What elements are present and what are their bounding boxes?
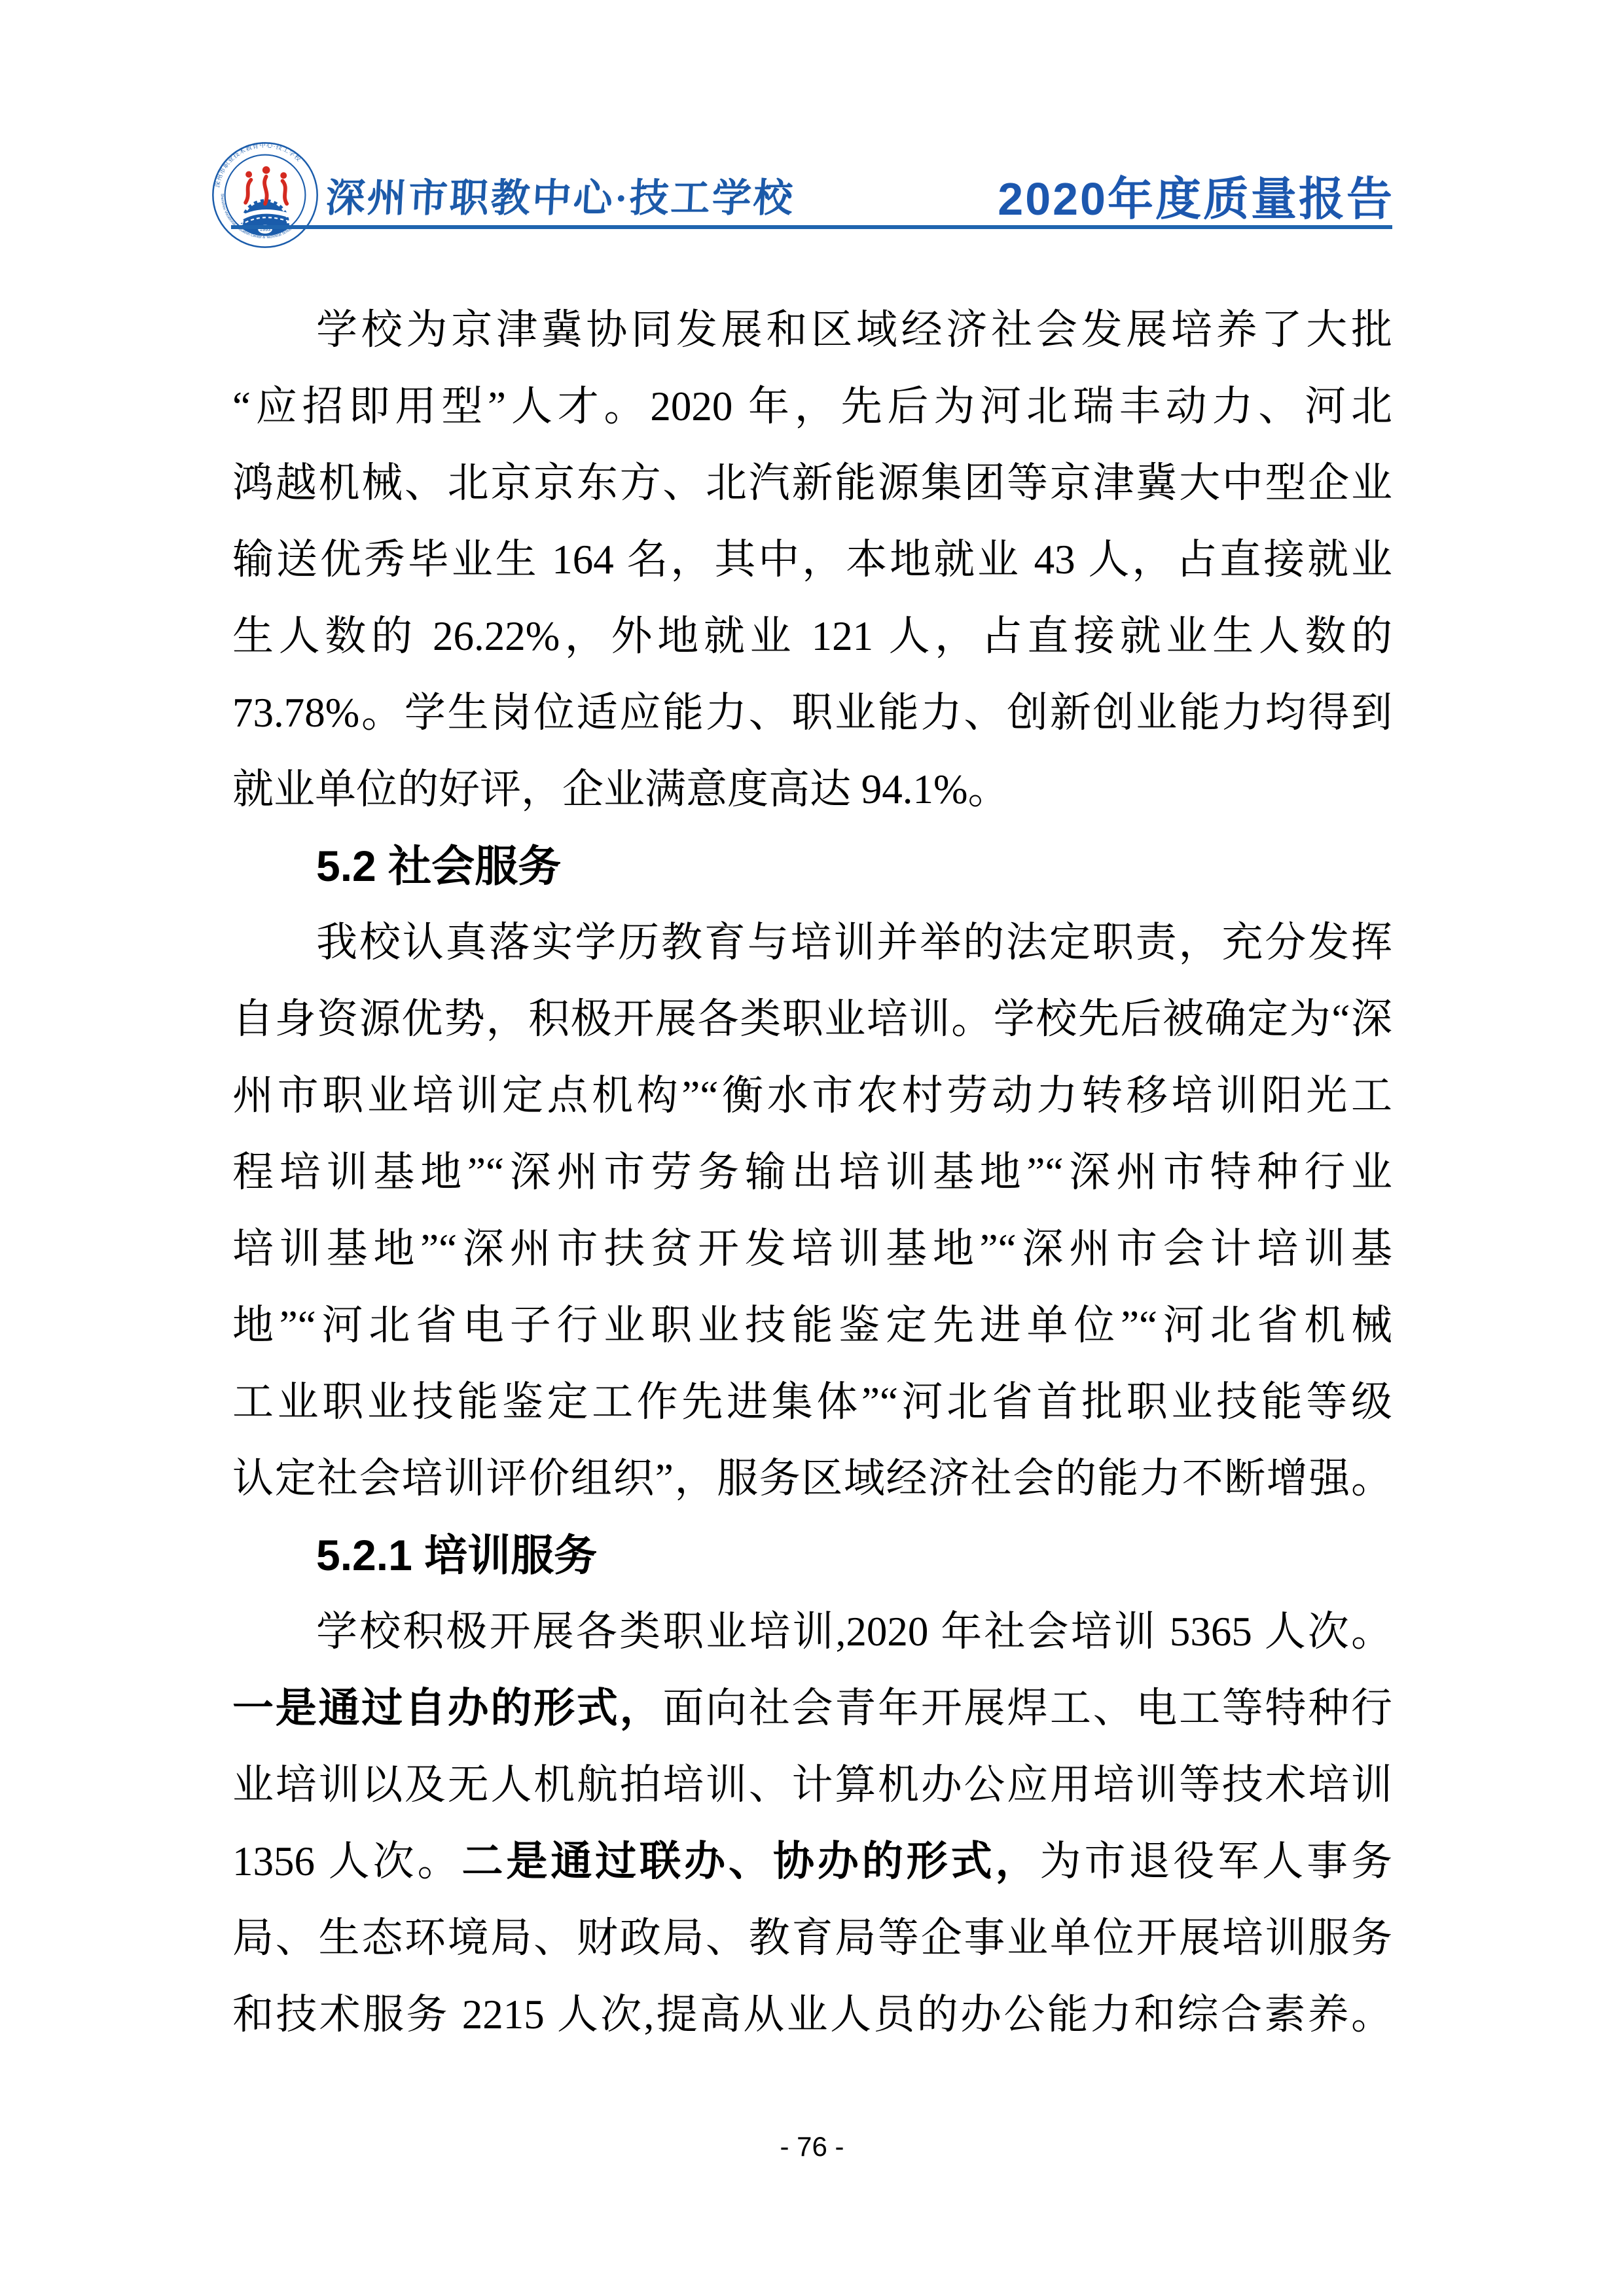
bold-text-run: 一是通过自办的形式，: [232, 1685, 662, 1731]
body-line: 输送优秀毕业生 164 名，其中，本地就业 43 人，占直接就业: [232, 522, 1392, 598]
text-run: 我校认真落实学历教育与培训并举的法定职责，充分发挥: [316, 920, 1392, 965]
body-line: 州市职业培训定点机构”“衡水市农村劳动力转移培训阳光工: [232, 1058, 1392, 1134]
document-body: 学校为京津冀协同发展和区域经济社会发展培养了大批“应招即用型”人才。2020 年…: [232, 292, 1392, 2053]
body-line: 自身资源优势，积极开展各类职业培训。学校先后被确定为“深: [232, 981, 1392, 1058]
text-run: 局、生态环境局、财政局、教育局等企事业单位开展培训服务: [232, 1915, 1392, 1961]
body-line: 学校积极开展各类职业培训,2020 年社会培训 5365 人次。: [232, 1594, 1392, 1670]
document-page: 深州市职业技术教育中心·技工学校 Shenzhou Vocational Edu…: [0, 0, 1624, 2296]
text-run: 鸿越机械、北京京东方、北汽新能源集团等京津冀大中型企业: [232, 460, 1392, 506]
body-line: 生人数的 26.22%，外地就业 121 人，占直接就业生人数的: [232, 598, 1392, 675]
bold-text-run: 二是通过联办、协办的形式，: [461, 1839, 1039, 1884]
body-line: 认定社会培训评价组织”，服务区域经济社会的能力不断增强。: [232, 1441, 1392, 1517]
body-line: 就业单位的好评，企业满意度高达 94.1%。: [232, 751, 1392, 828]
body-line: “应招即用型”人才。2020 年，先后为河北瑞丰动力、河北: [232, 368, 1392, 445]
text-run: 1356 人次。: [232, 1839, 461, 1884]
text-run: 面向社会青年开展焊工、电工等特种行: [662, 1685, 1392, 1731]
body-line: 和技术服务 2215 人次,提高从业人员的办公能力和综合素养。: [232, 1977, 1392, 2053]
text-run: 州市职业培训定点机构”“衡水市农村劳动力转移培训阳光工: [232, 1073, 1392, 1119]
text-run: 认定社会培训评价组织”，服务区域经济社会的能力不断增强。: [232, 1456, 1392, 1501]
text-run: “应招即用型”人才。2020 年，先后为河北瑞丰动力、河北: [232, 384, 1392, 429]
text-run: 培训基地”“深州市扶贫开发培训基地”“深州市会计培训基: [232, 1226, 1392, 1272]
body-line: 局、生态环境局、财政局、教育局等企事业单位开展培训服务: [232, 1900, 1392, 1977]
bold-text-run: 5.2.1 培训服务: [316, 1531, 597, 1579]
section-heading: 5.2 社会服务: [232, 828, 1392, 905]
text-run: 学校为京津冀协同发展和区域经济社会发展培养了大批: [316, 307, 1392, 353]
header-rule: [231, 225, 1392, 229]
body-line: 一是通过自办的形式，面向社会青年开展焊工、电工等特种行: [232, 1670, 1392, 1747]
text-run: 生人数的 26.22%，外地就业 121 人，占直接就业生人数的: [232, 613, 1392, 659]
text-run: 地”“河北省电子行业职业技能鉴定先进单位”“河北省机械: [232, 1302, 1392, 1348]
body-line: 程培训基地”“深州市劳务输出培训基地”“深州市特种行业: [232, 1134, 1392, 1211]
body-line: 业培训以及无人机航拍培训、计算机办公应用培训等技术培训: [232, 1747, 1392, 1823]
body-line: 地”“河北省电子行业职业技能鉴定先进单位”“河北省机械: [232, 1287, 1392, 1364]
text-run: 自身资源优势，积极开展各类职业培训。学校先后被确定为“深: [232, 996, 1392, 1042]
text-run: 学校积极开展各类职业培训,2020 年社会培训 5365 人次。: [316, 1609, 1392, 1655]
body-line: 1356 人次。二是通过联办、协办的形式，为市退役军人事务: [232, 1823, 1392, 1900]
text-run: 就业单位的好评，企业满意度高达 94.1%。: [232, 766, 1009, 812]
school-name: 深州市职教中心·技工学校: [325, 167, 797, 223]
page-number: - 76 -: [780, 2132, 844, 2161]
school-logo-icon: 深州市职业技术教育中心·技工学校 Shenzhou Vocational Edu…: [211, 141, 319, 249]
text-run: 工业职业技能鉴定工作先进集体”“河北省首批职业技能等级: [232, 1379, 1392, 1425]
section-heading: 5.2.1 培训服务: [232, 1517, 1392, 1594]
body-line: 学校为京津冀协同发展和区域经济社会发展培养了大批: [232, 292, 1392, 368]
text-run: 输送优秀毕业生 164 名，其中，本地就业 43 人，占直接就业: [232, 537, 1392, 583]
text-run: 程培训基地”“深州市劳务输出培训基地”“深州市特种行业: [232, 1149, 1392, 1195]
report-title: 2020年度质量报告: [998, 162, 1394, 228]
text-run: 73.78%。学生岗位适应能力、职业能力、创新创业能力均得到: [232, 690, 1392, 736]
body-line: 培训基地”“深州市扶贫开发培训基地”“深州市会计培训基: [232, 1211, 1392, 1287]
body-line: 鸿越机械、北京京东方、北汽新能源集团等京津冀大中型企业: [232, 445, 1392, 522]
text-run: 业培训以及无人机航拍培训、计算机办公应用培训等技术培训: [232, 1762, 1392, 1808]
body-line: 工业职业技能鉴定工作先进集体”“河北省首批职业技能等级: [232, 1364, 1392, 1441]
bold-text-run: 5.2 社会服务: [316, 842, 561, 890]
body-line: 73.78%。学生岗位适应能力、职业能力、创新创业能力均得到: [232, 675, 1392, 751]
body-line: 我校认真落实学历教育与培训并举的法定职责，充分发挥: [232, 905, 1392, 981]
text-run: 和技术服务 2215 人次,提高从业人员的办公能力和综合素养。: [232, 1992, 1392, 2037]
text-run: 为市退役军人事务: [1040, 1839, 1393, 1884]
